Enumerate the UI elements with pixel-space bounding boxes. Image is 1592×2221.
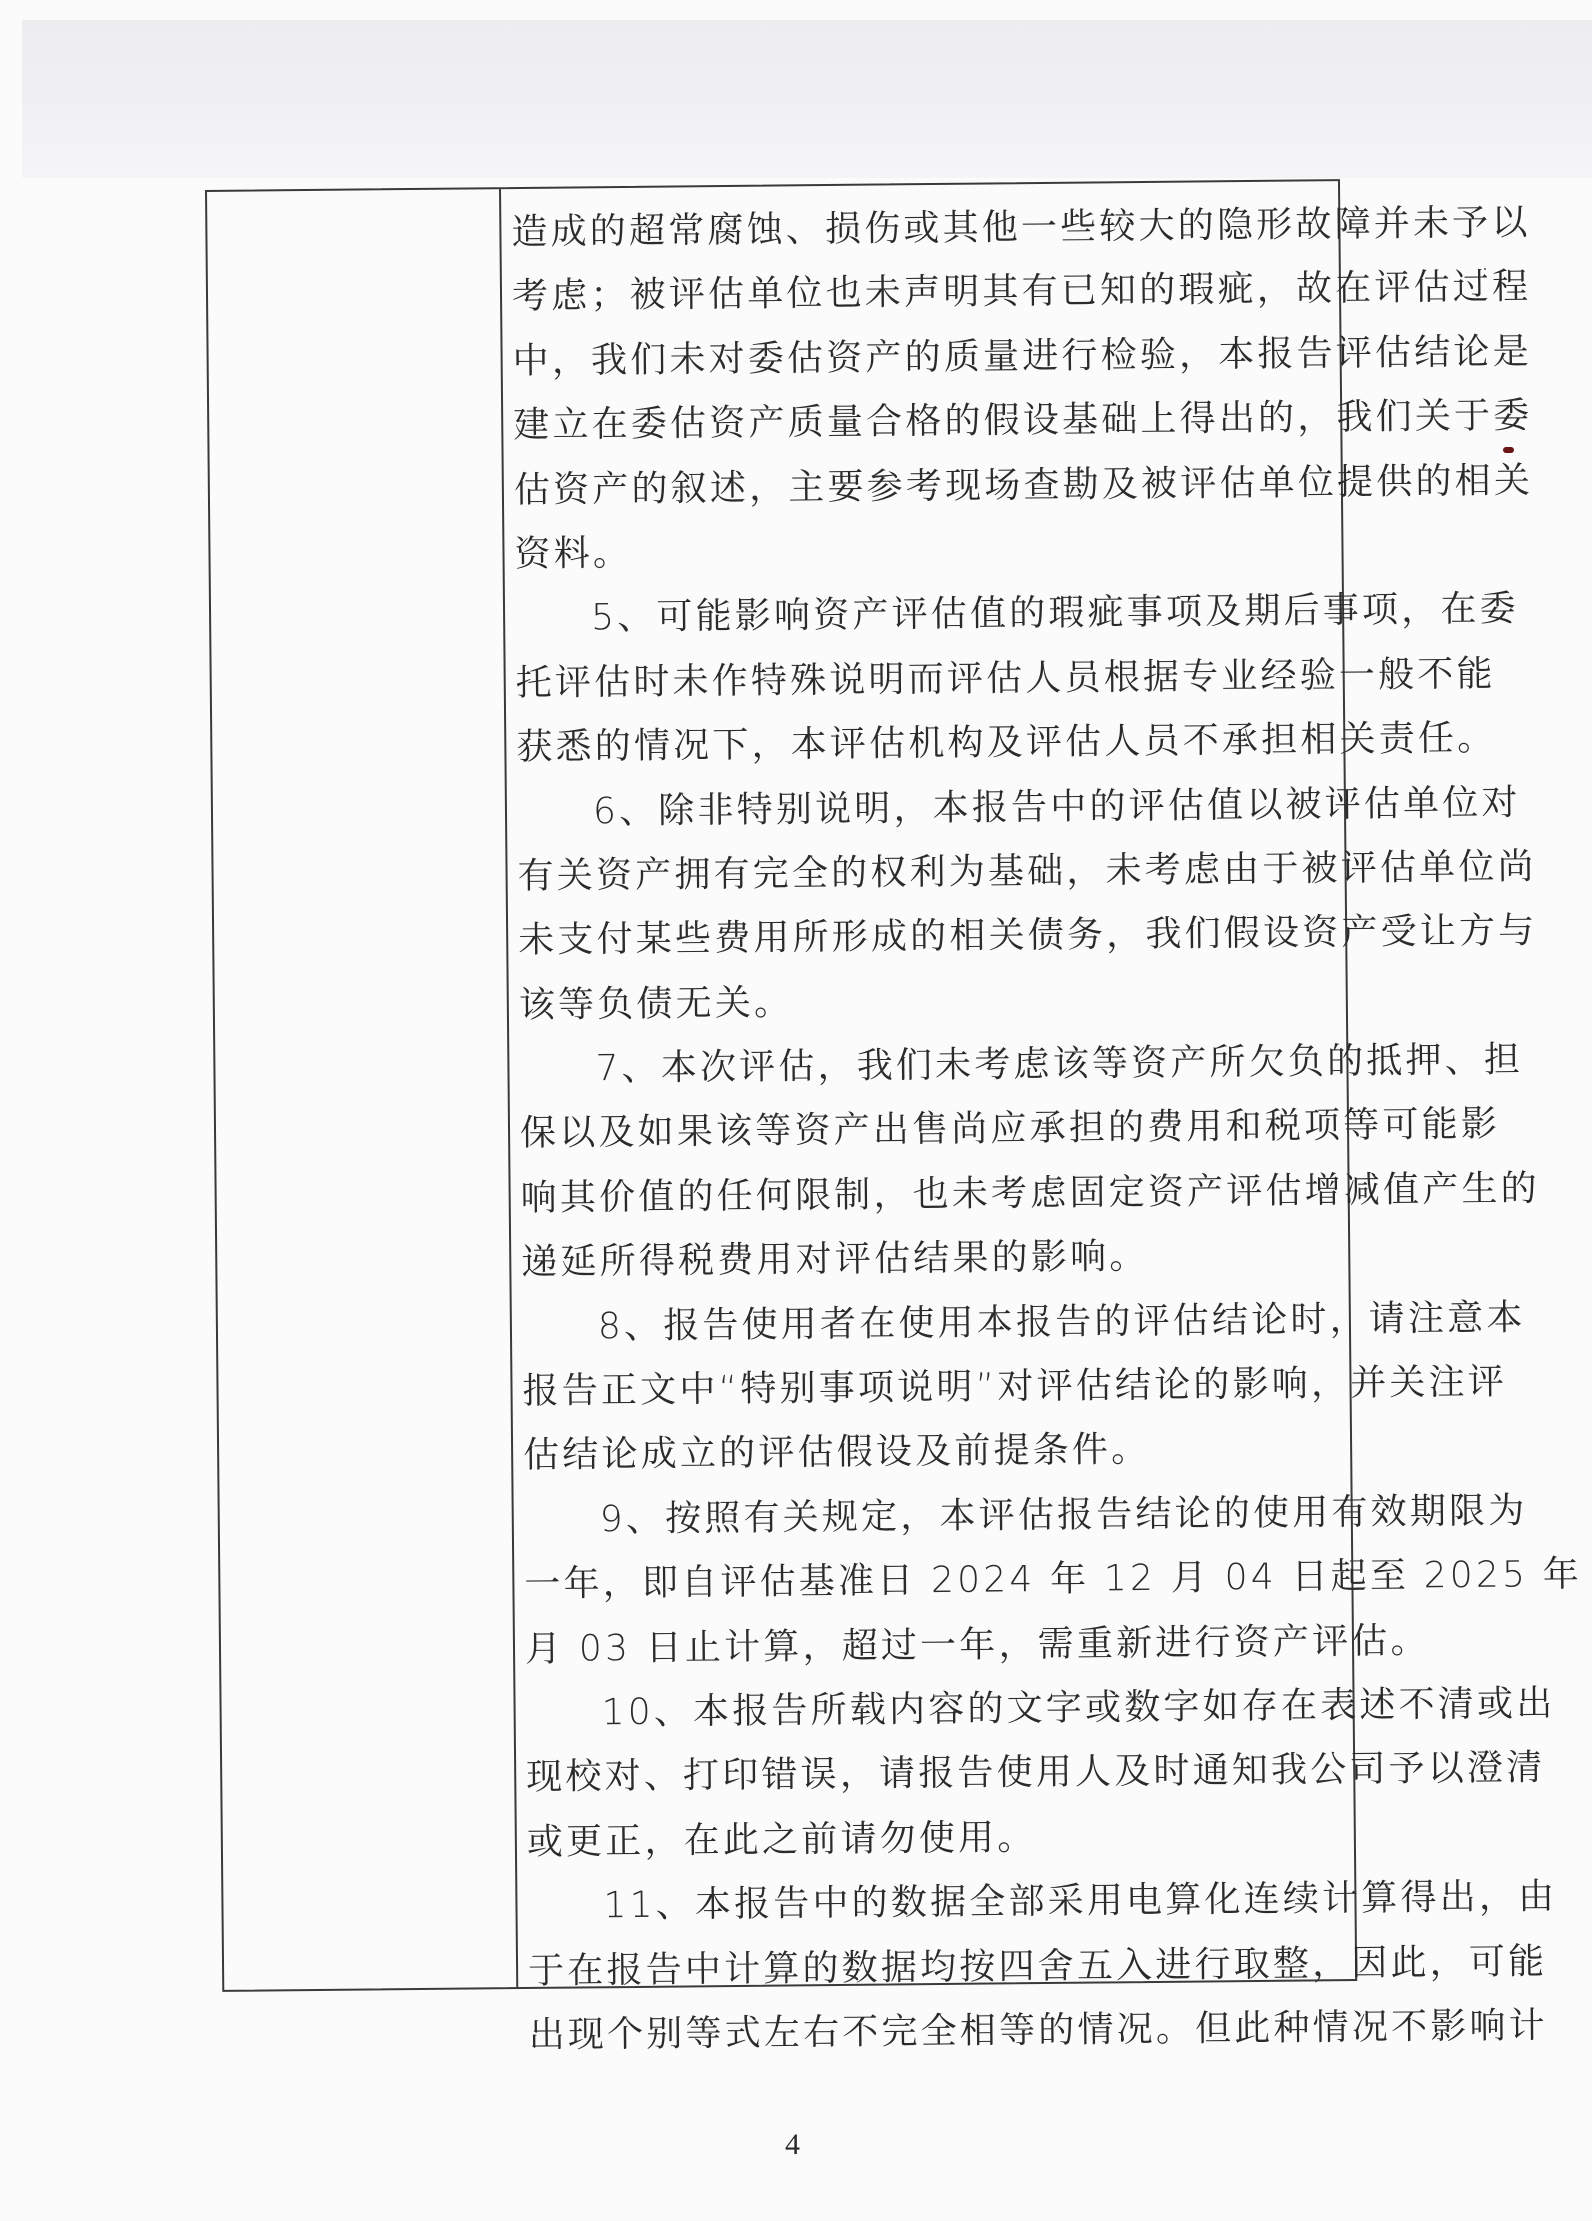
text-line: 递延所得税费用对评估结果的影响。 [521,1223,1341,1295]
report-table: 造成的超常腐蚀、损伤或其他一些较大的隐形故障并未予以考虑；被评估单位也未声明其有… [205,179,1357,1992]
table-label-column [207,189,518,1990]
text-line: 资料。 [514,515,1334,587]
text-line: 10、本报告所载内容的文字或数字如存在表述不清或出 [525,1674,1345,1746]
text-line: 有关资产拥有完全的权利为基础，未考虑由于被评估单位尚 [517,837,1337,909]
stray-dot-mark [1484,268,1486,270]
text-line: 月 03 日止计算，超过一年，需重新进行资产评估。 [525,1610,1345,1682]
text-line: 或更正，在此之前请勿使用。 [527,1803,1347,1875]
text-line: 11、本报告中的数据全部采用电算化连续计算得出，由 [527,1867,1347,1939]
text-line: 5、可能影响资产评估值的瑕疵事项及期后事项，在委 [515,580,1335,652]
scan-shadow-band [22,20,1592,178]
page-number: 4 [785,2128,800,2162]
text-line: 现校对、打印错误，请报告使用人及时通知我公司予以澄清 [526,1739,1346,1811]
table-content-column: 造成的超常腐蚀、损伤或其他一些较大的隐形故障并未予以考虑；被评估单位也未声明其有… [501,181,1355,1987]
text-line: 中，我们未对委估资产的质量进行检验，本报告评估结论是 [512,322,1332,394]
text-line: 保以及如果该等资产出售尚应承担的费用和税项等可能影 [520,1095,1340,1167]
text-line: 未支付某些费用所形成的相关债务，我们假设资产受让方与 [518,901,1338,973]
text-line: 该等负债无关。 [519,966,1339,1038]
text-line: 估结论成立的评估假设及前提条件。 [523,1417,1343,1489]
text-line: 9、按照有关规定，本评估报告结论的使用有效期限为 [523,1481,1343,1553]
text-line: 估资产的叙述，主要参考现场查勘及被评估单位提供的相关 [514,451,1334,523]
text-line: 考虑；被评估单位也未声明其有已知的瑕疵，故在评估过程 [512,258,1332,330]
text-line: 建立在委估资产质量合格的假设基础上得出的，我们关于委 [513,386,1333,458]
text-line: 7、本次评估，我们未考虑该等资产所欠负的抵押、担 [519,1030,1339,1102]
text-line: 6、除非特别说明，本报告中的评估值以被评估单位对 [517,773,1337,845]
text-line: 托评估时未作特殊说明而评估人员根据专业经验一般不能 [515,644,1335,716]
text-line: 造成的超常腐蚀、损伤或其他一些较大的隐形故障并未予以 [511,193,1331,265]
text-line: 于在报告中计算的数据均按四舍五入进行取整，因此，可能 [528,1932,1348,2004]
text-line: 8、报告使用者在使用本报告的评估结论时，请注意本 [522,1288,1342,1360]
text-line: 获悉的情况下，本评估机构及评估人员不承担相关责任。 [516,708,1336,780]
text-line: 响其价值的任何限制，也未考虑固定资产评估增减值产生的 [520,1159,1340,1231]
text-line: 报告正文中“特别事项说明”对评估结论的影响，并关注评 [522,1352,1342,1424]
text-line: 出现个别等式左右不完全相等的情况。但此种情况不影响计 [528,1996,1348,2068]
text-line: 一年，即自评估基准日 2024 年 12 月 04 日起至 2025 年 12 [524,1545,1344,1617]
stray-ink-mark [1503,447,1514,453]
